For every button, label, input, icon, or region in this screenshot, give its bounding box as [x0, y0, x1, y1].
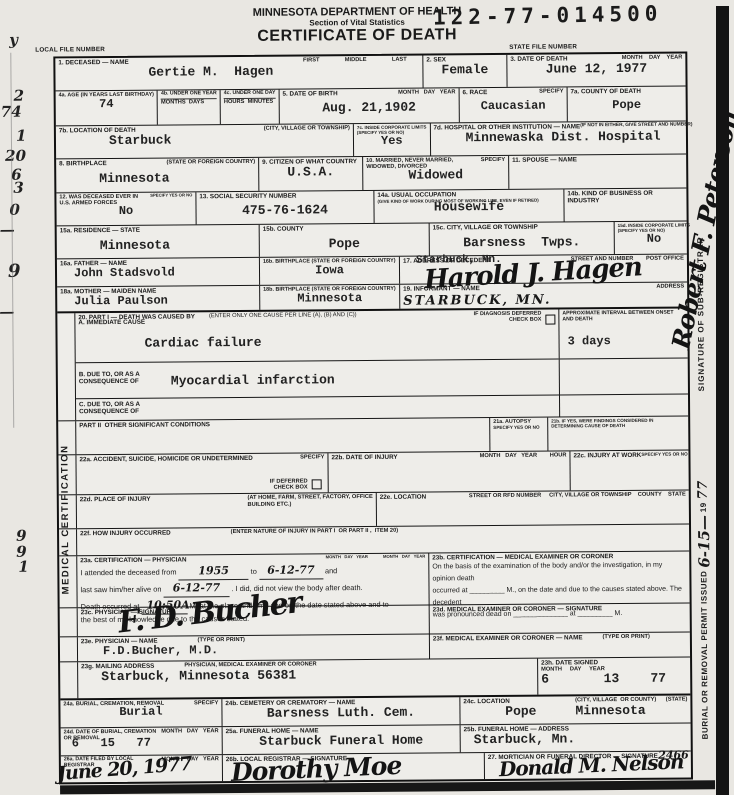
medical-certification-vertical-label: MEDICAL CERTIFICATION — [59, 390, 72, 648]
f15a-value: Minnesota — [60, 238, 256, 254]
f23a-hint: MONTH DAY YEAR MONTH DAY YEAR — [326, 555, 426, 563]
f15c-label: 15c. CITY, VILLAGE OR TOWNSHIP — [433, 224, 538, 232]
f23b-line1: On the basis of the examination of the b… — [432, 562, 662, 583]
f16b-value: Iowa — [263, 264, 396, 279]
scanned-certificate: LOCAL FILE NUMBER MINNESOTA DEPARTMENT O… — [0, 0, 734, 795]
f22f-label: 22f. HOW INJURY OCCURRED — [80, 530, 171, 538]
f14b-label: 14b. KIND OF BUSINESS OR INDUSTRY — [567, 190, 683, 205]
f13-label: 13. SOCIAL SECURITY NUMBER — [199, 193, 296, 201]
f23f-sub: (TYPE OR PRINT) — [602, 634, 649, 642]
f25b-value: Starbuck, Mn. — [464, 732, 688, 749]
part1-note: (ENTER ONLY ONE CAUSE PER LINE (A), (B) … — [209, 312, 357, 319]
f15a-label: 15a. RESIDENCE — STATE — [60, 227, 140, 235]
field-7a-county-of-death: 7a. COUNTY OF DEATH Pope — [567, 86, 685, 121]
f6-sub: SPECIFY — [539, 88, 563, 95]
burial-permit-vertical-label: BURIAL OR REMOVAL PERMIT ISSUED 6-15— 19… — [694, 439, 715, 779]
permit-year-prefix: 19 — [699, 502, 708, 512]
field-9-citizen: 9. CITIZEN OF WHAT COUNTRY U.S.A. — [259, 157, 363, 191]
f6-value: Caucasian — [463, 100, 564, 115]
margin-annotation: y — [9, 31, 18, 49]
field-1-deceased-name: 1. DECEASED — NAMEFIRST MIDDLE LAST Gert… — [55, 56, 423, 91]
part2-conditions: PART II OTHER SIGNIFICANT CONDITIONS — [76, 418, 490, 454]
f24a-sub: SPECIFY — [194, 700, 218, 707]
f10-sub: SPECIFY — [481, 157, 505, 170]
field-23d-coroner-signature: 23d. MEDICAL EXAMINER OR CORONER — SIGNA… — [430, 603, 690, 633]
field-22d-place-of-injury: 22d. PLACE OF INJURY(AT HOME, FARM, STRE… — [77, 493, 377, 528]
field-7c-corporate-limits: 7c. INSIDE CORPORATE LIMITS (SPECIFY YES… — [354, 123, 431, 156]
field-26b-local-registrar-signature: 26b. LOCAL REGISTRAR — SIGNATURE Dorothy… — [223, 753, 485, 781]
field-18a-mother-name: 18a. MOTHER — MAIDEN NAME Julia Paulson — [57, 286, 260, 312]
row-location-of-death: 7b. LOCATION OF DEATH(CITY, VILLAGE OR T… — [56, 121, 686, 159]
f8-value: Minnesota — [59, 171, 255, 187]
field-6-race: 6. RACESPECIFY Caucasian — [459, 87, 567, 122]
f16a-value: John Stadsvold — [60, 266, 256, 281]
row-age-birth: 4a. AGE (IN YEARS LAST BIRTHDAY) 74 4b. … — [56, 86, 686, 126]
interval-c-empty — [560, 394, 688, 416]
f22e-sub: STREET OR RFD NUMBER CITY, VILLAGE OR TO… — [469, 491, 686, 500]
f22f-sub: (ENTER NATURE OF INJURY IN PART I OR PAR… — [231, 528, 399, 537]
field-25a-funeral-home: 25a. FUNERAL HOME — NAME Starbuck Funera… — [223, 725, 461, 754]
field-22b-date-of-injury: 22b. DATE OF INJURYMONTH DAY YEAR HOUR — [328, 451, 570, 492]
margin-annotation: 3 — [13, 179, 24, 197]
f24d-sub: MONTH DAY YEAR — [161, 728, 219, 741]
field-15c-city: 15c. CITY, VILLAGE OR TOWNSHIP Barsness … — [430, 222, 615, 255]
state-file-number-stamp: 122-77-014500 — [433, 1, 663, 29]
f23a-to-date: 6-12-77 — [259, 563, 323, 580]
f22e-label: 22e. LOCATION — [380, 494, 426, 502]
interval-header: APPROXIMATE INTERVAL BETWEEN ONSET AND D… — [559, 308, 687, 329]
f4a-value: 74 — [59, 98, 154, 113]
field-24d-date-of-burial: 24d. DATE OF BURIAL, CREMATION OR REMOVA… — [61, 727, 223, 755]
field-17-address-of-decedent: 17. ADDRESS OF DECEDENTSTREET AND NUMBER… — [400, 254, 687, 283]
cause-line-c: C. DUE TO, OR AS A CONSEQUENCE OF — [76, 395, 559, 420]
part1-cause-of-death: 20. PART I — DEATH WAS CAUSED BY (ENTER … — [57, 308, 688, 421]
field-15b-county: 15b. COUNTY Pope — [260, 224, 430, 257]
f23a-line1: I attended the deceased from — [80, 568, 176, 578]
field-7d-hospital: 7d. HOSPITAL OR OTHER INSTITUTION — NAME… — [430, 121, 695, 155]
field-22c-injury-at-work: 22c. INJURY AT WORKSPECIFY YES OR NO — [570, 450, 690, 490]
part1-causes: 20. PART I — DEATH WAS CAUSED BY (ENTER … — [75, 309, 560, 420]
field-4c-under-one-day: 4c. UNDER ONE DAY HOURS MINUTES — [221, 90, 280, 124]
field-21b-findings: 21b. IF YES, WERE FINDINGS CONSIDERED IN… — [548, 416, 688, 450]
field-16a-father-name: 16a. FATHER — NAME John Stadsvold — [57, 258, 260, 287]
f5-value: Aug. 21,1902 — [283, 101, 456, 117]
p1a-label: A. IMMEDIATE CAUSE — [78, 319, 145, 327]
row-birthplace-marital: 8. BIRTHPLACE(STATE OR FOREIGN COUNTRY) … — [56, 154, 686, 193]
field-11-spouse: 11. SPOUSE — NAME — [509, 154, 686, 188]
state-file-number-label: STATE FILE NUMBER — [509, 43, 577, 51]
row-registrar: 26a. DATE FILED BY LOCAL REGISTRAR MONTH… — [61, 751, 691, 782]
field-2-sex: 2. SEX Female — [423, 55, 507, 88]
field-25b-funeral-home-address: 25b. FUNERAL HOME — ADDRESS Starbuck, Mn… — [461, 723, 691, 752]
margin-annotation: 1 — [18, 558, 29, 576]
part1-interval-column: APPROXIMATE INTERVAL BETWEEN ONSET AND D… — [559, 308, 688, 416]
part2-other-conditions: PART II OTHER SIGNIFICANT CONDITIONS 21a… — [58, 416, 688, 455]
part1-deferred-label: IF DIAGNOSIS DEFERRED CHECK BOX — [474, 311, 542, 324]
field-13-ssn: 13. SOCIAL SECURITY NUMBER 475-76-1624 — [196, 191, 374, 224]
field-26a-date-filed: 26a. DATE FILED BY LOCAL REGISTRAR MONTH… — [61, 755, 223, 782]
f4c-sub: HOURS MINUTES — [224, 98, 276, 105]
field-23c-physician-signature: 23c. PHYSICIAN — SIGNATURE F. D. Bucher — [78, 606, 430, 637]
row-ssn-occupation: 12. WAS DECEASED EVER IN U.S. ARMED FORC… — [56, 188, 686, 226]
f23a-from-date: 1955 — [179, 563, 249, 580]
f23d-label: 23d. MEDICAL EXAMINER OR CORONER — SIGNA… — [433, 605, 603, 614]
field-23b-certification-coroner: 23b. CERTIFICATION — MEDICAL EXAMINER OR… — [429, 551, 689, 604]
f22a-deferred-label: IF DEFERRED CHECK BOX — [270, 478, 308, 490]
p1a-value: Cardiac failure — [78, 330, 555, 353]
field-24c-location: 24c. LOCATION(CITY, VILLAGE OR COUNTY) (… — [460, 695, 690, 724]
part2-label: PART II OTHER SIGNIFICANT CONDITIONS — [79, 421, 210, 429]
field-5-date-of-birth: 5. DATE OF BIRTHMONTH DAY YEAR Aug. 21,1… — [279, 88, 459, 123]
field-23h-date-signed: 23h. DATE SIGNED MONTH DAY YEAR 6 13 77 — [538, 657, 690, 694]
margin-annotation: 20 — [5, 147, 26, 165]
row-father: 16a. FATHER — NAME John Stadsvold 16b. B… — [57, 254, 687, 287]
cause-line-b: B. DUE TO, OR AS A CONSEQUENCE OF Myocar… — [76, 359, 559, 399]
p1b-value: Myocardial infarction — [79, 360, 556, 391]
permit-label: BURIAL OR REMOVAL PERMIT ISSUED — [699, 570, 709, 739]
f1-label: 1. DECEASED — NAME — [58, 59, 128, 67]
f24c-value: Pope Minnesota — [463, 704, 687, 721]
row-certification: 23a. CERTIFICATION — PHYSICIANMONTH DAY … — [59, 551, 689, 608]
f22b-label: 22b. DATE OF INJURY — [331, 454, 397, 462]
f12-label: 12. WAS DECEASED EVER IN U.S. ARMED FORC… — [59, 194, 150, 208]
f5-sub: MONTH DAY YEAR — [398, 89, 455, 97]
permit-year-handwriting: 77 — [696, 480, 711, 499]
field-4b-under-one-year: 4b. UNDER ONE YEAR MONTHS DAYS — [158, 90, 221, 124]
permit-date-handwriting: 6-15— — [695, 515, 713, 568]
field-10-marital-status: 10. MARRIED, NEVER MARRIED, WIDOWED, DIV… — [363, 156, 509, 190]
f22a-label: 22a. ACCIDENT, SUICIDE, HOMICIDE OR UNDE… — [79, 455, 252, 464]
f13-value: 475-76-1624 — [199, 203, 370, 219]
row-22a-injury: 22a. ACCIDENT, SUICIDE, HOMICIDE OR UNDE… — [58, 450, 688, 495]
f11-label: 11. SPOUSE — NAME — [512, 156, 577, 164]
margin-annotation: 9 — [8, 261, 21, 282]
f7b-sub: (CITY, VILLAGE OR TOWNSHIP) — [264, 125, 350, 133]
f22d-sub: (AT HOME, FARM, STREET, FACTORY, OFFICE … — [247, 494, 372, 508]
f23a-and: and — [325, 566, 337, 575]
field-7b-location-of-death: 7b. LOCATION OF DEATH(CITY, VILLAGE OR T… — [56, 124, 354, 158]
field-24a-burial: 24a. BURIAL, CREMATION, REMOVAL SPECIFY … — [60, 699, 222, 727]
f22c-label: 22c. INJURY AT WORK — [573, 452, 641, 460]
f2-value: Female — [426, 63, 503, 79]
field-27-mortician-signature: 27. MORTICIAN OR FUNERAL DIRECTOR — SIGN… — [485, 751, 691, 779]
p1b-label: B. DUE TO, OR AS A CONSEQUENCE OF — [79, 371, 140, 386]
field-21a-autopsy: 21a. AUTOPSY SPECIFY YES OR NO — [490, 418, 548, 451]
f18a-value: Julia Paulson — [60, 294, 256, 309]
field-24b-cemetery: 24b. CEMETERY OR CREMATORY — NAME Barsne… — [222, 697, 460, 726]
field-18b-mother-birthplace: 18b. BIRTHPLACE (STATE OR FOREIGN COUNTR… — [260, 285, 400, 310]
field-22e-location: 22e. LOCATIONSTREET OR RFD NUMBER CITY, … — [377, 490, 689, 525]
diagnosis-deferred-checkbox — [545, 315, 555, 325]
f15d-value: No — [618, 233, 691, 247]
field-12-armed-forces: 12. WAS DECEASED EVER IN U.S. ARMED FORC… — [56, 192, 196, 225]
f21b-label: 21b. IF YES, WERE FINDINGS CONSIDERED IN… — [551, 418, 685, 430]
f3-value: June 12, 1977 — [510, 62, 682, 78]
f22d-label: 22d. PLACE OF INJURY — [80, 496, 151, 510]
f15c-value: Barsness Twps. — [433, 235, 611, 251]
row-deceased: 1. DECEASED — NAMEFIRST MIDDLE LAST Gert… — [55, 53, 685, 91]
f15b-label: 15b. COUNTY — [263, 225, 304, 233]
f24c-label: 24c. LOCATION — [463, 698, 509, 706]
local-registrar-signature: Dorothy Moe — [230, 751, 402, 787]
field-15d-corporate-limits: 15d. INSIDE CORPORATE LIMITS (SPECIFY YE… — [615, 221, 694, 254]
f23g-value: Starbuck, Minnesota 56381 — [81, 667, 534, 685]
f9-value: U.S.A. — [262, 165, 359, 181]
field-14a-occupation: 14a. USUAL OCCUPATION (GIVE KIND OF WORK… — [374, 189, 564, 222]
f23h-value: 6 13 77 — [541, 672, 687, 688]
field-14b-business: 14b. KIND OF BUSINESS OR INDUSTRY — [564, 188, 686, 221]
f8-sub: (STATE OR FOREIGN COUNTRY) — [166, 159, 255, 167]
p1c-label: C. DUE TO, OR AS A CONSEQUENCE OF — [79, 401, 140, 416]
field-4a-age: 4a. AGE (IN YEARS LAST BIRTHDAY) 74 — [56, 91, 159, 126]
f12-sub: SPECIFY YES OR NO — [150, 193, 192, 206]
field-3-date-of-death: 3. DATE OF DEATHMONTH DAY YEAR June 12, … — [507, 53, 685, 86]
injury-deferred-checkbox — [312, 479, 322, 489]
f22a-sub: SPECIFY — [300, 454, 324, 461]
f4b-sub: MONTHS DAYS — [161, 98, 217, 105]
f22c-sub: SPECIFY YES OR NO — [641, 451, 687, 459]
field-22a-accident: 22a. ACCIDENT, SUICIDE, HOMICIDE OR UNDE… — [76, 453, 328, 494]
f4b-label: 4b. UNDER ONE YEAR — [161, 91, 217, 97]
f7a-label: 7a. COUNTY OF DEATH — [570, 88, 641, 96]
medical-certification-strip — [60, 662, 78, 698]
f1-sub: FIRST MIDDLE LAST — [303, 57, 419, 65]
f18b-value: Minnesota — [263, 292, 396, 307]
margin-annotation: 1 — [16, 127, 27, 145]
field-22f-how-injury-occurred: 22f. HOW INJURY OCCURRED(ENTER NATURE OF… — [77, 524, 689, 555]
field-23g-mailing-address: 23g. MAILING ADDRESSPHYSICIAN, MEDICAL E… — [78, 659, 538, 699]
field-8-birthplace: 8. BIRTHPLACE(STATE OR FOREIGN COUNTRY) … — [56, 158, 259, 193]
scan-edge-right — [716, 6, 729, 795]
row-22d-place-of-injury: 22d. PLACE OF INJURY(AT HOME, FARM, STRE… — [59, 490, 689, 529]
f7d-value: Minnewaska Dist. Hospital — [434, 130, 693, 147]
interval-b-empty — [560, 358, 688, 395]
field-16b-father-birthplace: 16b. BIRTHPLACE (STATE OR FOREIGN COUNTR… — [260, 257, 400, 285]
f8-label: 8. BIRTHPLACE — [59, 160, 107, 168]
f7c-value: Yes — [357, 135, 427, 149]
f23e-value: F.D.Bucher, M.D. — [81, 643, 426, 660]
certificate-form: 1. DECEASED — NAMEFIRST MIDDLE LAST Gert… — [53, 51, 693, 784]
f21a-sub: SPECIFY YES OR NO — [493, 425, 544, 430]
f1-value: Gertie M. Hagen — [58, 64, 419, 82]
f23f-label: 23f. MEDICAL EXAMINER OR CORONER — NAME — [433, 634, 583, 642]
f23a-to: to — [251, 567, 257, 576]
f25a-value: Starbuck Funeral Home — [226, 734, 457, 751]
field-23f-coroner-name: 23f. MEDICAL EXAMINER OR CORONER — NAME(… — [430, 632, 690, 658]
f7b-value: Starbuck — [59, 132, 350, 149]
f4c-label: 4c. UNDER ONE DAY — [224, 91, 276, 97]
f5-label: 5. DATE OF BIRTH — [282, 90, 337, 98]
row-mailing-date: 23g. MAILING ADDRESSPHYSICIAN, MEDICAL E… — [60, 657, 690, 700]
f15b-value: Pope — [263, 237, 426, 253]
local-file-number-label: LOCAL FILE NUMBER — [35, 46, 105, 54]
f19-value: STARBUCK, MN. — [403, 292, 684, 309]
f7a-value: Pope — [571, 99, 683, 114]
cause-line-a: A. IMMEDIATE CAUSE Cardiac failure — [75, 329, 558, 363]
row-residence: 15a. RESIDENCE — STATE Minnesota 15b. CO… — [57, 221, 687, 259]
f22b-sub: MONTH DAY YEAR HOUR — [480, 452, 567, 460]
field-15a-residence-state: 15a. RESIDENCE — STATE Minnesota — [57, 225, 260, 259]
f23a-line2: last saw him/her alive on — [80, 585, 161, 595]
f6-label: 6. RACE — [462, 89, 487, 96]
f24b-value: Barsness Luth. Cem. — [225, 706, 456, 723]
